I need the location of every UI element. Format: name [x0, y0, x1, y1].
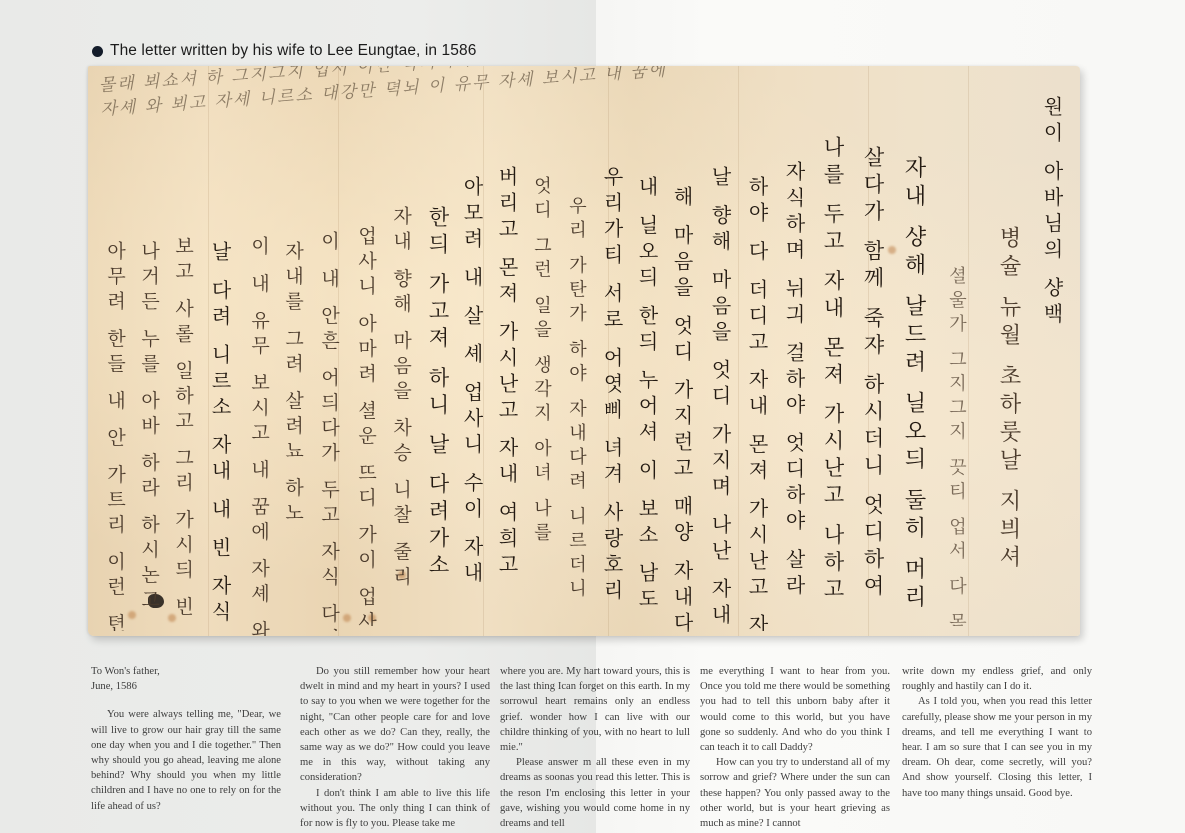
- translation-column-3: where you are. My hart toward yours, thi…: [500, 664, 690, 831]
- paper-stain: [343, 614, 351, 622]
- letter-top-margin-writing: 몰래 뵈쇼셔 하 그지그지 업서 이만 적뇌이다 나는 꿈에는 자내를 보려 믿…: [98, 66, 961, 144]
- translation-column-5: write down my endless grief, and only ro…: [902, 664, 1092, 801]
- letter-column: 날 향해 마음을 엇디 가지며 나난 자내 향: [706, 166, 735, 626]
- letter-column: 자내 향해 마음을 차승 니찰 줄리: [388, 206, 415, 636]
- translation-paragraph: Do you still remember how your heart dwe…: [300, 664, 490, 786]
- letter-column: 이 내 안흔 어듸다가 두고 자식 다리고: [316, 231, 343, 631]
- bullet-icon: [92, 46, 103, 57]
- letter-column: 엇디 그런 일을 생각지 아녀 나를: [528, 176, 554, 626]
- address-line: To Won's father,: [91, 664, 281, 679]
- letter-column: 자식하며 뉘긔 걸하야 엇디하야 살라: [780, 161, 809, 626]
- letter-column: 아모려 내 살 셰 업사니 수이 자내: [458, 176, 487, 626]
- letter-column: 한듸 가고져 하니 날 다려가소: [423, 206, 453, 626]
- translation-column-4: me everything I want to hear from you. O…: [700, 664, 890, 831]
- letter-column: 내 닐오듸 한듸 누어셔 이 보소 남도: [633, 176, 662, 636]
- letter-column: 나를 두고 자내 몬져 가시난고 나하고: [818, 136, 848, 626]
- translation-paragraph: I don't think I am able to live this lif…: [300, 786, 490, 832]
- translation-column-2: Do you still remember how your heart dwe…: [300, 664, 490, 831]
- paper-fold: [738, 66, 739, 636]
- letter-column: 우리가티 서로 어엿삐 녀겨 사랑호리: [598, 166, 627, 626]
- letter-column: 아무려 한들 내 안 가트리 이런 텬디: [102, 241, 129, 631]
- translation-paragraph: where you are. My hart toward yours, thi…: [500, 664, 690, 755]
- paper-stain: [888, 246, 896, 254]
- translation-column-1: To Won's father, June, 1586 You were alw…: [91, 664, 281, 814]
- letter-column-date: 병슐 뉴월 초하룻날 지븨셔: [993, 226, 1024, 626]
- letter-column: 보고 사롤 일하고 그리 가시듸 빈 자식: [170, 236, 197, 631]
- letter-column: 버리고 몬져 가시난고 자내 여희고: [493, 166, 522, 626]
- translation-paragraph: Please answer m all these even in my dre…: [500, 755, 690, 831]
- caption-text: The letter written by his wife to Lee Eu…: [110, 42, 476, 60]
- letter-column: 자내를 그려 살려뇨 하노: [280, 241, 307, 631]
- letter-column: 업사니 아마려 셜운 뜨디 가이 업사니: [353, 226, 380, 626]
- letter-column: 셜울가 그지그지 끗티 업서 다 몯 쓰고: [943, 266, 969, 626]
- translation-paragraph: You were always telling me, "Dear, we wi…: [91, 707, 281, 813]
- letter-column: 이 내 유무 보시고 내 꿈에 자셰 와: [246, 236, 273, 636]
- letter-column: 자내 샹해 날드려 닐오듸 둘히 머리 셰도록: [898, 156, 929, 626]
- translation-paragraph: How can you try to understand all of my …: [700, 755, 890, 831]
- paper-stain: [128, 611, 136, 619]
- figure-caption: The letter written by his wife to Lee Eu…: [92, 42, 476, 60]
- letter-column: 나거든 누를 아바 하라 하시논고: [136, 241, 163, 631]
- letter-column-address: 원이 아바님의 샹백: [1038, 96, 1067, 356]
- translation-paragraph: write down my endless grief, and only ro…: [902, 664, 1092, 694]
- translation-paragraph: As I told you, when you read this letter…: [902, 694, 1092, 800]
- date-line: June, 1586: [91, 679, 281, 694]
- letter-column: 날 다려 니르소 자내 내 빈 자식 나거든: [206, 241, 235, 626]
- letter-column: 우리 가탄가 하야 자내다려 니르더니: [563, 196, 589, 636]
- letter-photo: 몰래 뵈쇼셔 하 그지그지 업서 이만 적뇌이다 나는 꿈에는 자내를 보려 믿…: [88, 66, 1080, 636]
- translation-paragraph: me everything I want to hear from you. O…: [700, 664, 890, 755]
- letter-column: 살다가 함께 죽쟈 하시더니 엇디하여: [858, 146, 888, 626]
- letter-column: 해 마음을 엇디 가지런고 매양 자내다려: [668, 186, 697, 636]
- letter-column: 하야 다 더디고 자내 몬져 가시난고 자내: [743, 176, 772, 631]
